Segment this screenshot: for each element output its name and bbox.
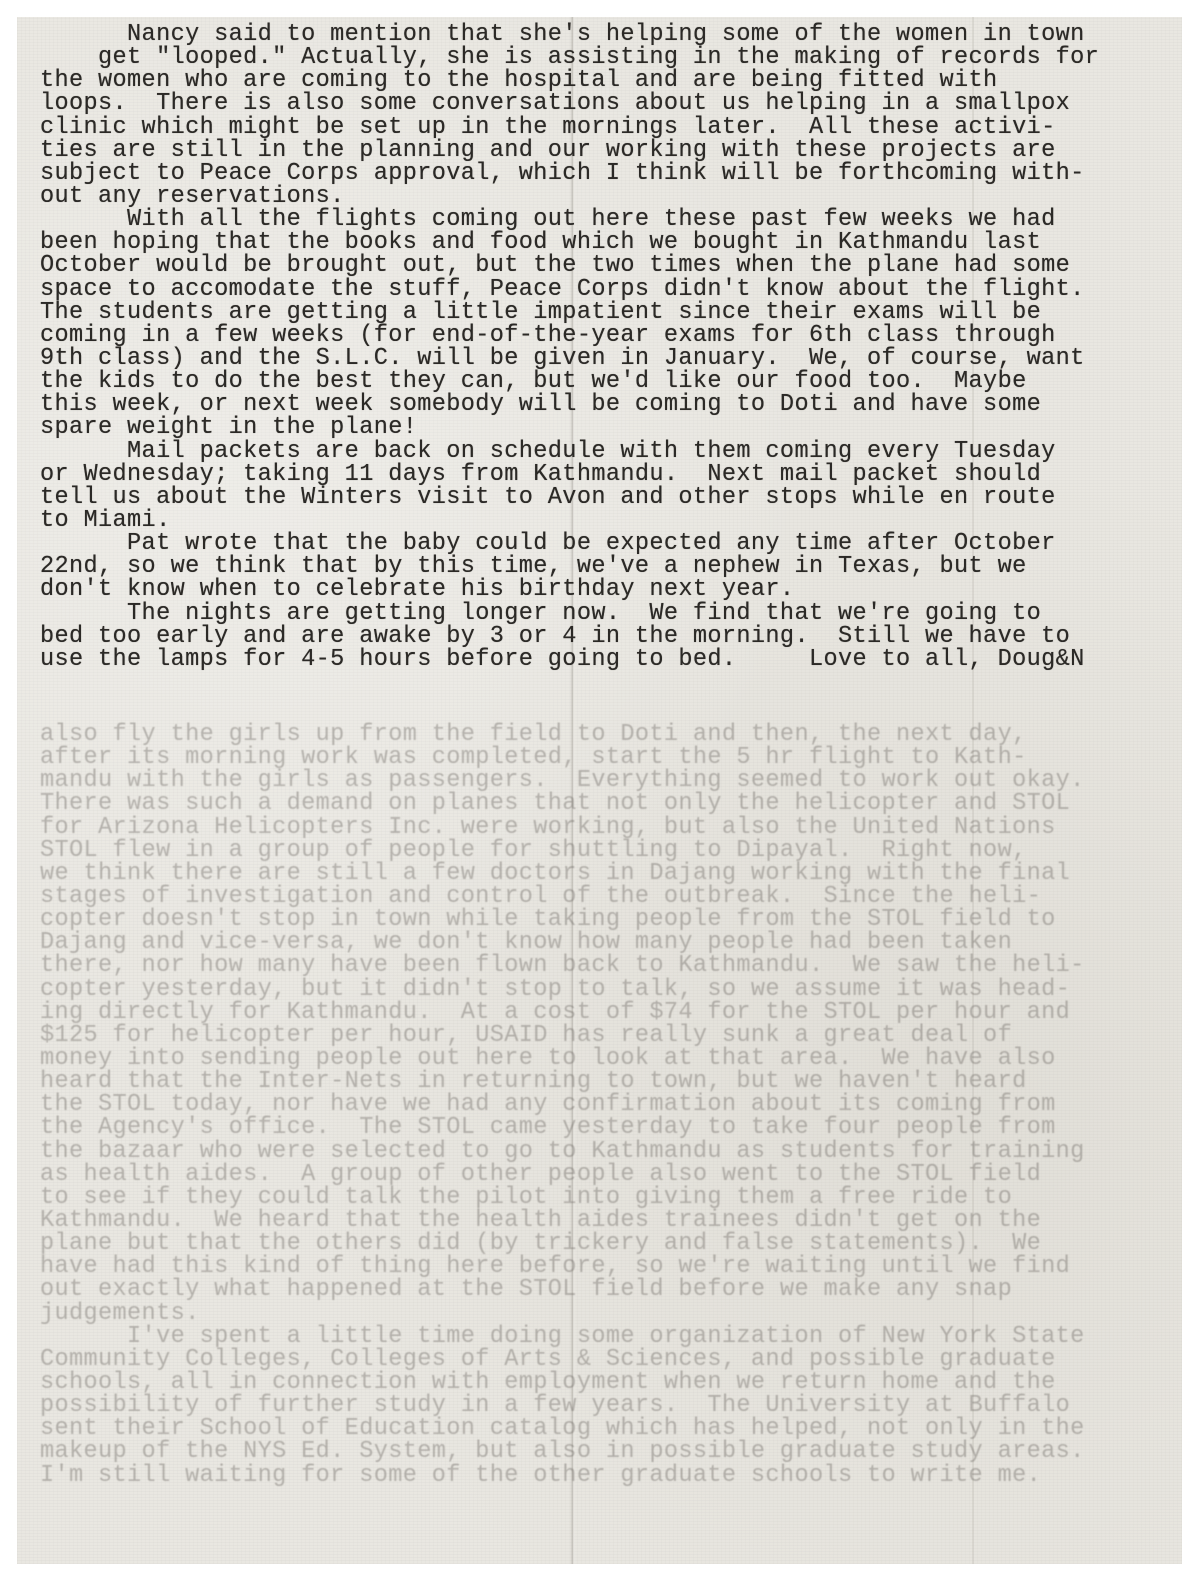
- bleed-through-line: Dajang and vice-versa, we don't know how…: [40, 931, 1085, 954]
- typed-letter-body: Nancy said to mention that she's helping…: [40, 23, 1099, 671]
- bleed-through-line: there, nor how many have been flown back…: [40, 954, 1085, 977]
- bleed-through-line: stages of investigation and control of t…: [40, 885, 1085, 908]
- letter-line: the women who are coming to the hospital…: [40, 69, 1099, 92]
- bleed-through-line: schools, all in connection with employme…: [40, 1371, 1085, 1394]
- bleed-through-line: also fly the girls up from the field to …: [40, 723, 1085, 746]
- letter-line: been hoping that the books and food whic…: [40, 231, 1099, 254]
- letter-line: spare weight in the plane!: [40, 416, 1099, 439]
- bleed-through-line: we think there are still a few doctors i…: [40, 862, 1085, 885]
- letter-line: to Miami.: [40, 509, 1099, 532]
- bleed-through-line: out exactly what happened at the STOL fi…: [40, 1278, 1085, 1301]
- letter-line: use the lamps for 4-5 hours before going…: [40, 648, 1099, 671]
- bleed-through-line: judgements.: [40, 1302, 1085, 1325]
- bleed-through-line: money into sending people out here to lo…: [40, 1047, 1085, 1070]
- letter-line: 22nd, so we think that by this time, we'…: [40, 555, 1099, 578]
- letter-line: out any reservations.: [40, 185, 1099, 208]
- bleed-through-line: Community Colleges, Colleges of Arts & S…: [40, 1348, 1085, 1371]
- bleed-through-line: the Agency's office. The STOL came yeste…: [40, 1116, 1085, 1139]
- letter-line: bed too early and are awake by 3 or 4 in…: [40, 625, 1099, 648]
- bleed-through-line: I've spent a little time doing some orga…: [40, 1325, 1085, 1348]
- bleed-through-line: makeup of the NYS Ed. System, but also i…: [40, 1440, 1085, 1463]
- bleed-through-line: heard that the Inter-Nets in returning t…: [40, 1070, 1085, 1093]
- letter-line: this week, or next week somebody will be…: [40, 393, 1099, 416]
- letter-line: October would be brought out, but the tw…: [40, 254, 1099, 277]
- letter-line: 9th class) and the S.L.C. will be given …: [40, 347, 1099, 370]
- letter-line: don't know when to celebrate his birthda…: [40, 578, 1099, 601]
- bleed-through-line: after its morning work was completed, st…: [40, 746, 1085, 769]
- bleed-through-text: also fly the girls up from the field to …: [40, 723, 1085, 1487]
- bleed-through-line: copter yesterday, but it didn't stop to …: [40, 978, 1085, 1001]
- letter-line: The nights are getting longer now. We fi…: [40, 602, 1099, 625]
- letter-line: Mail packets are back on schedule with t…: [40, 440, 1099, 463]
- letter-line: Pat wrote that the baby could be expecte…: [40, 532, 1099, 555]
- bleed-through-line: STOL flew in a group of people for shutt…: [40, 839, 1085, 862]
- bleed-through-line: for Arizona Helicopters Inc. were workin…: [40, 816, 1085, 839]
- letter-line: tell us about the Winters visit to Avon …: [40, 486, 1099, 509]
- bleed-through-line: mandu with the girls as passengers. Ever…: [40, 769, 1085, 792]
- letter-line: With all the flights coming out here the…: [40, 208, 1099, 231]
- letter-line: The students are getting a little impati…: [40, 301, 1099, 324]
- bleed-through-line: the bazaar who were selected to go to Ka…: [40, 1140, 1085, 1163]
- bleed-through-line: copter doesn't stop in town while taking…: [40, 908, 1085, 931]
- letter-line: coming in a few weeks (for end-of-the-ye…: [40, 324, 1099, 347]
- bleed-through-line: $125 for helicopter per hour, USAID has …: [40, 1024, 1085, 1047]
- bleed-through-line: ing directly for Kathmandu. At a cost of…: [40, 1001, 1085, 1024]
- letter-line: get "looped." Actually, she is assisting…: [40, 46, 1099, 69]
- bleed-through-line: the STOL today, nor have we had any conf…: [40, 1093, 1085, 1116]
- bleed-through-line: have had this kind of thing here before,…: [40, 1255, 1085, 1278]
- letter-line: or Wednesday; taking 11 days from Kathma…: [40, 463, 1099, 486]
- bleed-through-line: possibility of further study in a few ye…: [40, 1394, 1085, 1417]
- bleed-through-line: to see if they could talk the pilot into…: [40, 1186, 1085, 1209]
- letter-line: the kids to do the best they can, but we…: [40, 370, 1099, 393]
- letter-line: ties are still in the planning and our w…: [40, 139, 1099, 162]
- bleed-through-line: as health aides. A group of other people…: [40, 1163, 1085, 1186]
- letter-line: clinic which might be set up in the morn…: [40, 116, 1099, 139]
- letter-line: subject to Peace Corps approval, which I…: [40, 162, 1099, 185]
- letter-line: loops. There is also some conversations …: [40, 92, 1099, 115]
- bleed-through-line: plane but that the others did (by tricke…: [40, 1232, 1085, 1255]
- letter-page: also fly the girls up from the field to …: [17, 17, 1182, 1564]
- bleed-through-line: There was such a demand on planes that n…: [40, 792, 1085, 815]
- letter-line: space to accomodate the stuff, Peace Cor…: [40, 278, 1099, 301]
- letter-line: Nancy said to mention that she's helping…: [40, 23, 1099, 46]
- bleed-through-line: sent their School of Education catalog w…: [40, 1417, 1085, 1440]
- bleed-through-line: Kathmandu. We heard that the health aide…: [40, 1209, 1085, 1232]
- bleed-through-line: I'm still waiting for some of the other …: [40, 1464, 1085, 1487]
